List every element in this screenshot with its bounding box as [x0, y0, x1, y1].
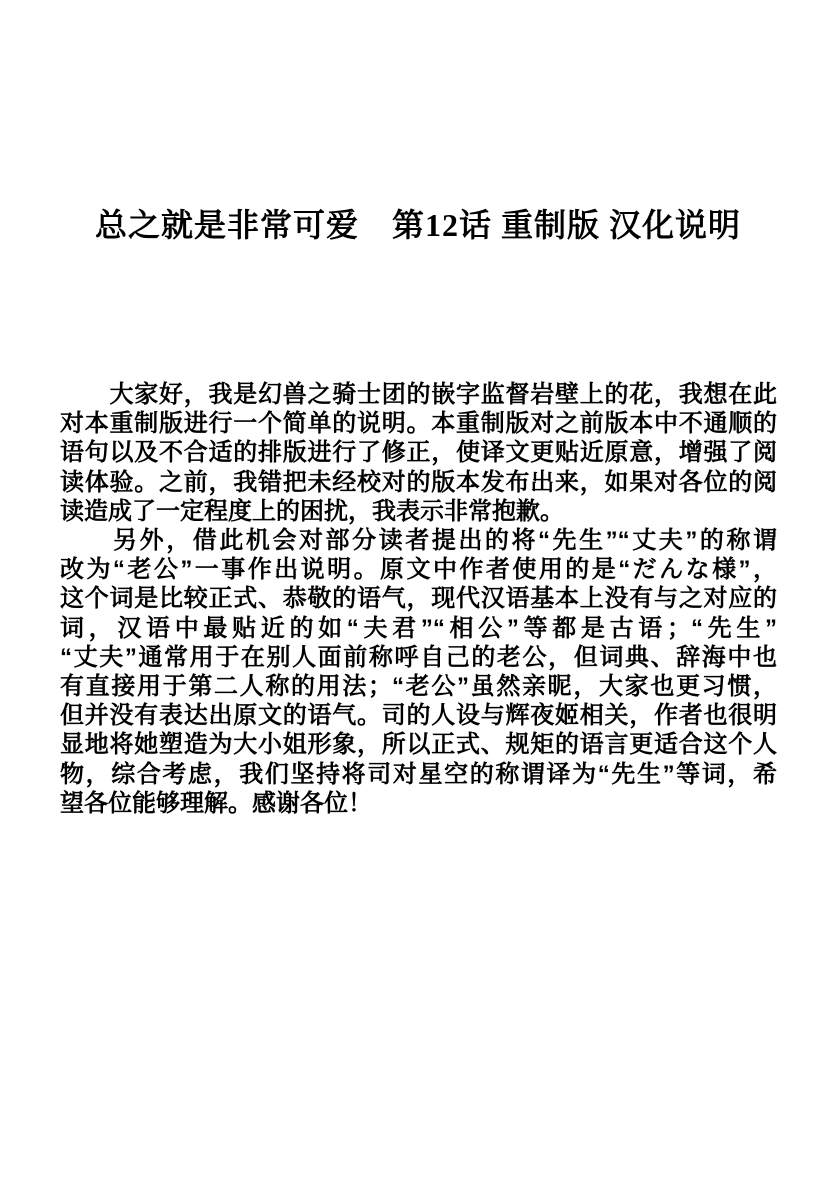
text-line: 显地将她塑造为大小姐形象，所以正式、规矩的语言更适合这个人	[60, 730, 777, 759]
text-line: 语句以及不合适的排版进行了修正，使译文更贴近原意，增强了阅	[60, 438, 777, 467]
text-line: 对本重制版进行一个简单的说明。本重制版对之前版本中不通顺的	[60, 409, 777, 438]
notes-body: 大家好，我是幻兽之骑士团的嵌字监督岩壁上的花，我想在此对本重制版进行一个简单的说…	[60, 380, 777, 818]
text-line: “丈夫”通常用于在别人面前称呼自己的老公，但词典、辞海中也	[60, 643, 777, 672]
text-line: 物，综合考虑，我们坚持将司对星空的称谓译为“先生”等词，希	[60, 760, 777, 789]
text-line: 改为“老公”一事作出说明。原文中作者使用的是“だんな様”，	[60, 555, 777, 584]
text-line: 但并没有表达出原文的语气。司的人设与辉夜姬相关，作者也很明	[60, 701, 777, 730]
text-line: 大家好，我是幻兽之骑士团的嵌字监督岩壁上的花，我想在此	[60, 380, 777, 409]
text-line: 词，汉语中最贴近的如“夫君”“相公”等都是古语；“先生”	[60, 614, 777, 643]
text-line: 望各位能够理解。感谢各位！	[60, 789, 777, 818]
text-line: 这个词是比较正式、恭敬的语气，现代汉语基本上没有与之对应的	[60, 584, 777, 613]
text-line: 有直接用于第二人称的用法；“老公”虽然亲昵，大家也更习惯，	[60, 672, 777, 701]
scanlation-notes-page: 总之就是非常可爱 第12话 重制版 汉化说明 大家好，我是幻兽之骑士团的嵌字监督…	[0, 0, 836, 1200]
text-line: 读体验。之前，我错把未经校对的版本发布出来，如果对各位的阅	[60, 468, 777, 497]
text-line: 读造成了一定程度上的困扰，我表示非常抱歉。	[60, 497, 777, 526]
text-line: 另外，借此机会对部分读者提出的将“先生”“丈夫”的称谓	[60, 526, 777, 555]
page-title: 总之就是非常可爱 第12话 重制版 汉化说明	[0, 204, 836, 246]
